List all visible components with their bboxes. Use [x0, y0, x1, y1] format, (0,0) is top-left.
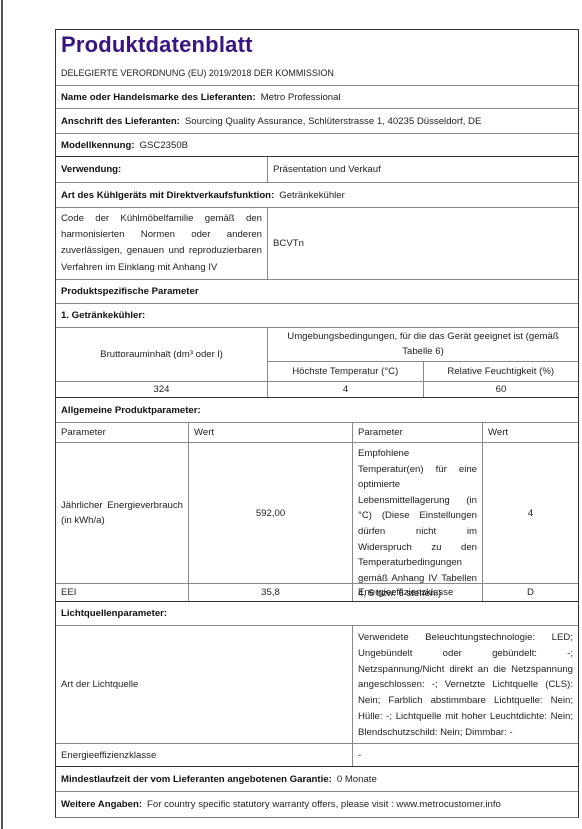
beverage-cooler-heading-row: 1. Getränkekühler:: [56, 303, 578, 327]
volume-value: 324: [56, 382, 267, 397]
col-header-parameter-1: Parameter: [56, 423, 188, 442]
max-temp-label: Höchste Temperatur (°C): [268, 362, 423, 381]
regulation-text: DELEGIERTE VERORDNUNG (EU) 2019/2018 DER…: [56, 60, 578, 85]
product-datasheet: Produktdatenblatt DELEGIERTE VERORDNUNG …: [55, 29, 579, 818]
humidity-label: Relative Feuchtigkeit (%): [423, 362, 579, 381]
eei-label: EEI: [56, 584, 188, 601]
max-temp-value: 4: [267, 382, 423, 397]
eei-value: 35,8: [188, 584, 352, 601]
energy-value: 592,00: [188, 443, 352, 583]
energy-class-label: Energieeffizienzklasse: [352, 584, 482, 601]
light-heading-row: Lichtquellenparameter:: [56, 601, 578, 625]
light-heading: Lichtquellenparameter:: [56, 602, 578, 625]
light-class-value: -: [352, 744, 578, 766]
usage-row: Verwendung: Präsentation und Verkauf: [56, 156, 578, 182]
supplier-address-label: Anschrift des Lieferanten:: [61, 116, 180, 127]
usage-value: Präsentation und Verkauf: [267, 157, 578, 182]
general-heading: Allgemeine Produktparameter:: [56, 398, 578, 422]
humidity-value: 60: [423, 382, 578, 397]
usage-label: Verwendung:: [56, 157, 267, 182]
appliance-type-row: Art des Kühlgeräts mit Direktverkaufsfun…: [56, 182, 578, 207]
energy-class-value: D: [482, 584, 578, 601]
energy-row: Jährlicher Energieverbrauch (in kWh/a) 5…: [56, 442, 578, 583]
general-heading-row: Allgemeine Produktparameter:: [56, 397, 578, 422]
col-header-value-2: Wert: [482, 423, 578, 442]
beverage-cooler-header-row: Bruttorauminhalt (dm³ oder l) Umgebungsb…: [56, 327, 578, 381]
light-type-value: Verwendete Beleuchtungstechnologie: LED;…: [352, 626, 578, 743]
page-edge-rule: [1, 0, 3, 829]
family-code-value: BCVTn: [267, 208, 578, 279]
light-class-row: Energieeffizienzklasse -: [56, 743, 578, 766]
col-header-parameter-2: Parameter: [352, 423, 482, 442]
model-value: GSC2350B: [140, 140, 189, 151]
recommended-temp-label: Empfohlene Temperatur(en) für eine optim…: [352, 443, 482, 583]
supplier-name-label: Name oder Handelsmarke des Lieferanten:: [61, 92, 256, 103]
warranty-value: 0 Monate: [337, 774, 377, 785]
volume-label: Bruttorauminhalt (dm³ oder l): [56, 328, 267, 381]
further-info-row: Weitere Angaben: For country specific st…: [56, 791, 578, 817]
general-header-row: Parameter Wert Parameter Wert: [56, 422, 578, 442]
light-type-row: Art der Lichtquelle Verwendete Beleuchtu…: [56, 625, 578, 743]
product-specific-heading: Produktspezifische Parameter: [56, 280, 578, 303]
beverage-cooler-heading: 1. Getränkekühler:: [56, 304, 578, 327]
warranty-label: Mindestlaufzeit der vom Lieferanten ange…: [61, 774, 332, 785]
model-row: Modellkennung: GSC2350B: [56, 133, 578, 156]
title-row: Produktdatenblatt: [56, 30, 578, 60]
beverage-cooler-values-row: 324 4 60: [56, 381, 578, 397]
light-class-label: Energieeffizienzklasse: [56, 744, 352, 766]
light-type-label: Art der Lichtquelle: [56, 626, 352, 743]
further-info-label: Weitere Angaben:: [61, 799, 142, 810]
regulation-row: DELEGIERTE VERORDNUNG (EU) 2019/2018 DER…: [56, 60, 578, 85]
appliance-type-label: Art des Kühlgeräts mit Direktverkaufsfun…: [61, 190, 274, 201]
energy-label: Jährlicher Energieverbrauch (in kWh/a): [56, 443, 188, 583]
supplier-name-row: Name oder Handelsmarke des Lieferanten: …: [56, 85, 578, 108]
supplier-name-value: Metro Professional: [261, 92, 341, 103]
recommended-temp-value: 4: [482, 443, 578, 583]
supplier-address-row: Anschrift des Lieferanten: Sourcing Qual…: [56, 108, 578, 133]
model-label: Modellkennung:: [61, 140, 135, 151]
supplier-address-value: Sourcing Quality Assurance, Schlüterstra…: [185, 116, 482, 127]
page-title: Produktdatenblatt: [56, 30, 578, 60]
warranty-row: Mindestlaufzeit der vom Lieferanten ange…: [56, 766, 578, 791]
ambient-label: Umgebungsbedingungen, für die das Gerät …: [268, 328, 578, 361]
product-specific-row: Produktspezifische Parameter: [56, 279, 578, 303]
family-code-label: Code der Kühlmöbelfamilie gemäß den harm…: [56, 208, 267, 279]
family-code-row: Code der Kühlmöbelfamilie gemäß den harm…: [56, 207, 578, 279]
eei-row: EEI 35,8 Energieeffizienzklasse D: [56, 583, 578, 601]
further-info-value: For country specific statutory warranty …: [147, 799, 501, 810]
appliance-type-value: Getränkekühler: [279, 190, 345, 201]
col-header-value-1: Wert: [188, 423, 352, 442]
